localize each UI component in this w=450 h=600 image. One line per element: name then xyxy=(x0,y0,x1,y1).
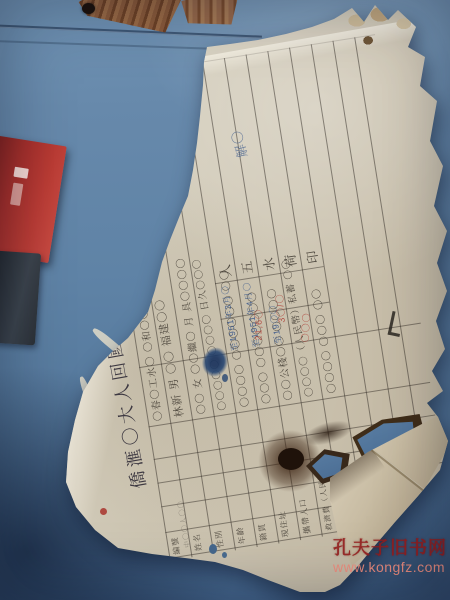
watermark: 孔夫子旧书网 www.kongfz.com xyxy=(333,538,450,575)
blue-scribble: 解〇 xyxy=(226,128,252,160)
stub-label: 現住址 xyxy=(276,510,291,538)
red-note: 3〇/〇 xyxy=(272,293,288,324)
edge-hole xyxy=(209,544,217,554)
blue-note-amount: 共120元 xyxy=(148,94,166,132)
watermark-site-name: 孔夫子旧书网 xyxy=(333,538,450,559)
seal-char: 水 xyxy=(258,255,279,272)
blue-note-arrival: 到達時間 1950年2月6日 xyxy=(116,88,142,182)
seal-char: 印 xyxy=(301,248,322,265)
blue-note-boarding: 搭輪時間 1950年1月28日 xyxy=(100,83,126,182)
seal-char: 荷 xyxy=(279,252,300,269)
edge-hole xyxy=(222,552,227,558)
blue-ink-dot xyxy=(222,374,228,382)
stub-label: 年齡 xyxy=(234,526,248,545)
document-paper: 僑滙〇大人回國難胞如〇捐助表 xyxy=(0,0,450,600)
red-note: 〇〇〇 xyxy=(298,312,313,343)
photo-of-old-document: 僑滙〇大人回國難胞如〇捐助表 xyxy=(0,0,450,600)
watermark-site-url: www.kongfz.com xyxy=(333,559,450,575)
column-line xyxy=(93,34,375,80)
seal-char: 五 xyxy=(236,259,257,276)
seal-char: 人 xyxy=(214,262,235,279)
paper-clip-shape: 僑滙〇大人回國難胞如〇捐助表 xyxy=(0,0,450,600)
red-note: 21,6〇 xyxy=(251,309,265,341)
stub-label: 姓名 xyxy=(191,532,205,551)
red-ink-dot xyxy=(100,508,107,515)
stub-label: 籍貫 xyxy=(256,522,270,541)
torn-debris-top-right xyxy=(338,2,432,64)
